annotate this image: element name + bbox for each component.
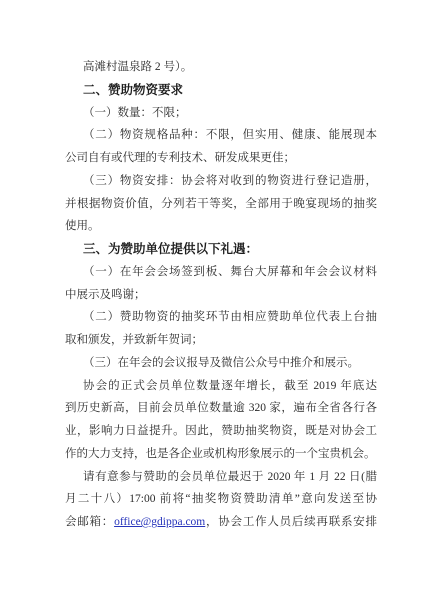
text-segment: 并根据物资价值，分列若干等奖，全部用于晚宴现场的抽奖 <box>65 198 377 210</box>
text-segment: 协会的正式会员单位数量逐年增长，截至 2019 年底达 <box>83 380 377 392</box>
text-segment: （二）物资规格品种：不限，但实用、健康、能展现本 <box>83 129 377 141</box>
text-line: 会邮箱：office@gdippa.com，协会工作人员后续再联系安排 <box>65 511 377 534</box>
paragraph-benefit-promotion: （三）在年会的会议报导及微信公众号中推介和展示。 <box>65 352 377 375</box>
text-line: 取和颁发，并致新年贺词； <box>65 329 377 352</box>
text-line: 高滩村温泉路 2 号）。 <box>65 56 377 79</box>
document-page: 高滩村温泉路 2 号）。二、赞助物资要求（一）数量：不限；（二）物资规格品种：不… <box>0 0 424 600</box>
text-segment: 取和颁发，并致新年贺词； <box>65 334 203 346</box>
paragraph-benefit-lottery: （二）赞助物资的抽奖环节由相应赞助单位代表上台抽取和颁发，并致新年贺词； <box>65 306 377 352</box>
text-segment: 会邮箱： <box>65 516 114 528</box>
text-segment: 三、为赞助单位提供以下礼遇： <box>83 242 258 256</box>
text-segment: ，协会工作人员后续再联系安排 <box>205 516 377 528</box>
paragraph-benefit-display: （一）在年会会场签到板、舞台大屏幕和年会会议材料中展示及鸣谢； <box>65 261 377 307</box>
text-line: 并根据物资价值，分列若干等奖，全部用于晚宴现场的抽奖 <box>65 193 377 216</box>
text-segment: 作的大力支持，也是各企业或机构形象展示的一个宝贵机会。 <box>65 448 376 460</box>
text-line: 中展示及鸣谢； <box>65 284 377 307</box>
paragraph-item-arrangement: （三）物资安排：协会将对收到的物资进行登记造册，并根据物资价值，分列若干等奖，全… <box>65 170 377 238</box>
paragraph-participation-instructions: 请有意参与赞助的会员单位最迟于 2020 年 1 月 22 日(腊月二十八）17… <box>65 466 377 534</box>
text-segment: （三）物资安排：协会将对收到的物资进行登记造册， <box>83 175 377 187</box>
text-segment: （三）在年会的会议报导及微信公众号中推介和展示。 <box>83 357 359 369</box>
email-link[interactable]: office@gdippa.com <box>114 516 205 528</box>
paragraph-heading-benefits: 三、为赞助单位提供以下礼遇： <box>65 238 377 261</box>
text-line: （三）在年会的会议报导及微信公众号中推介和展示。 <box>65 352 377 375</box>
text-line: （一）在年会会场签到板、舞台大屏幕和年会会议材料 <box>65 261 377 284</box>
text-segment: 中展示及鸣谢； <box>65 289 146 301</box>
text-segment: （一）数量：不限； <box>83 107 187 119</box>
heading-line: 三、为赞助单位提供以下礼遇： <box>65 238 377 261</box>
paragraph-association-growth: 协会的正式会员单位数量逐年增长，截至 2019 年底达到历史新高，目前会员单位数… <box>65 375 377 466</box>
text-line: 作的大力支持，也是各企业或机构形象展示的一个宝贵机会。 <box>65 443 377 466</box>
text-segment: 请有意参与赞助的会员单位最迟于 2020 年 1 月 22 日(腊 <box>83 471 377 483</box>
text-line: 月二十八）17:00 前将“抽奖物资赞助清单”意向发送至协 <box>65 488 377 511</box>
text-segment: 到历史新高，目前会员单位数量逾 320 家，遍布全省各行各 <box>65 402 377 414</box>
text-segment: 业，影响力日益提升。因此，赞助抽奖物资，既是对协会工 <box>65 425 377 437</box>
text-line: （一）数量：不限； <box>65 102 377 125</box>
text-line: 业，影响力日益提升。因此，赞助抽奖物资，既是对协会工 <box>65 420 377 443</box>
text-segment: 使用。 <box>65 220 100 232</box>
text-segment: 公司自有或代理的专利技术、研发成果更佳； <box>65 152 295 164</box>
text-segment: （二）赞助物资的抽奖环节由相应赞助单位代表上台抽 <box>83 311 377 323</box>
document-body: 高滩村温泉路 2 号）。二、赞助物资要求（一）数量：不限；（二）物资规格品种：不… <box>65 56 377 534</box>
paragraph-item-specs: （二）物资规格品种：不限，但实用、健康、能展现本公司自有或代理的专利技术、研发成… <box>65 124 377 170</box>
text-segment: （一）在年会会场签到板、舞台大屏幕和年会会议材料 <box>83 266 377 278</box>
text-line: 协会的正式会员单位数量逐年增长，截至 2019 年底达 <box>65 375 377 398</box>
text-line: 使用。 <box>65 215 377 238</box>
paragraph-heading-material-requirements: 二、赞助物资要求 <box>65 79 377 102</box>
text-segment: 二、赞助物资要求 <box>83 83 183 97</box>
text-segment: 高滩村温泉路 2 号）。 <box>83 61 192 73</box>
text-line: （二）赞助物资的抽奖环节由相应赞助单位代表上台抽 <box>65 306 377 329</box>
text-line: （三）物资安排：协会将对收到的物资进行登记造册， <box>65 170 377 193</box>
text-line: 公司自有或代理的专利技术、研发成果更佳； <box>65 147 377 170</box>
text-line: （二）物资规格品种：不限，但实用、健康、能展现本 <box>65 124 377 147</box>
text-segment: 月二十八）17:00 前将“抽奖物资赞助清单”意向发送至协 <box>65 493 377 505</box>
text-line: 请有意参与赞助的会员单位最迟于 2020 年 1 月 22 日(腊 <box>65 466 377 489</box>
text-line: 到历史新高，目前会员单位数量逾 320 家，遍布全省各行各 <box>65 397 377 420</box>
paragraph-address-continuation: 高滩村温泉路 2 号）。 <box>65 56 377 79</box>
heading-line: 二、赞助物资要求 <box>65 79 377 102</box>
paragraph-item-quantity: （一）数量：不限； <box>65 102 377 125</box>
